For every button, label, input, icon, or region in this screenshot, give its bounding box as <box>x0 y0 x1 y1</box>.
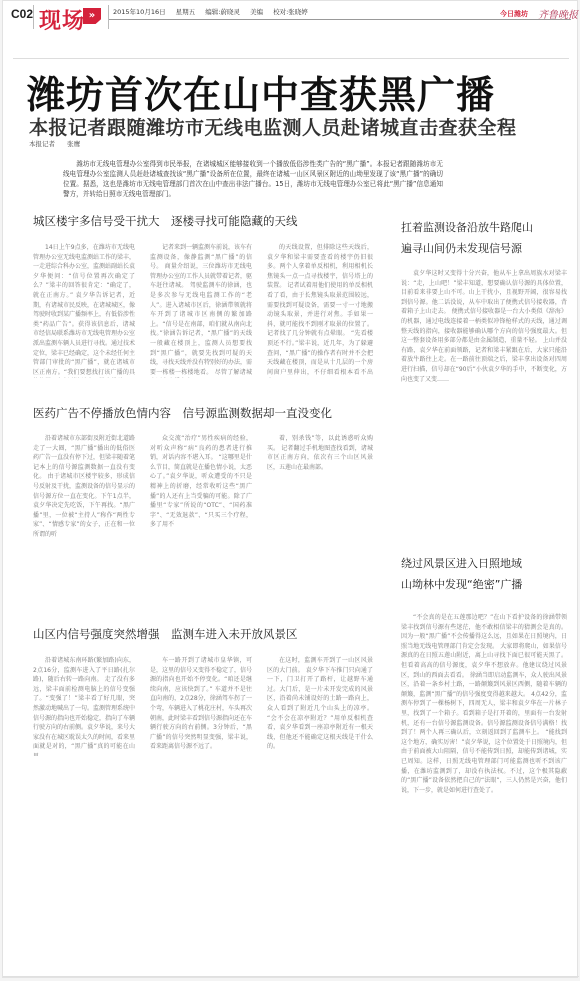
section-title: 医药广告不停播放色情内容 信号源监测数据却一直没变化 <box>33 405 332 421</box>
subheadline: 本报记者跟随潍坊市无线电监测人员赴诸城直击查获全程 <box>29 113 517 140</box>
divider <box>3 976 579 977</box>
column-text: “不会真的是在五莲那边吧？”在山下看护设备的徐涵带领梁丰找到信号源有些迷茫，他不… <box>401 613 567 795</box>
proofreader-credit: 校对:张晓婷 <box>273 8 308 16</box>
sidebar-title-line: 山坳林中发现“绝密”广播 <box>401 574 522 595</box>
byline-label: 本报记者 <box>29 140 55 148</box>
headline: 潍坊首次在山中查获黑广播 <box>27 64 495 119</box>
section-name: 现场 <box>39 4 85 35</box>
text-column: 沿着诸城东南环路(繁加路)向东，2点16分，监测车进入了平日路(扎尔路)，随后右… <box>33 656 135 756</box>
divider <box>108 5 109 29</box>
text-column: 在这时，监测车开到了一山区风景区的大门前。 袁夕华下车推门只向通了一下，门卫打开… <box>267 656 373 756</box>
sidebar-title: 绕过风景区进入日照地域 山坳林中发现“绝密”广播 <box>401 553 522 595</box>
column-tag: 今日潍坊 <box>500 9 528 19</box>
column-text: 车一路开到了诸城市皇华镇，可是，这里的信号又变得不稳定了，信号源的指向也开始不停… <box>150 656 252 752</box>
page-number: C02 <box>11 7 33 21</box>
column-text: 沿着诸城市东部街及附近街北道路走了一大圈，“黑广播”播出的低俗医药广告一直没有停… <box>33 434 135 540</box>
byline: 本报记者 张鹰 <box>29 139 90 148</box>
column-text: 沿着诸城东南环路(繁加路)向东，2点16分，监测车进入了平日路(扎尔路)，随后右… <box>33 656 135 756</box>
column-text: 记者来到一辆监测车前说，该车有监测设备，像静监测“黑广播”的信号。 商量介绍说，… <box>150 243 252 378</box>
column-text: 众交流“治疗”男性疾病的经验，对听众声称“病”良药的患者进行推销，对话内容不堪入… <box>150 434 252 530</box>
column-text: 在这时，监测车开到了一山区风景区的大门前。 袁夕华下车推门只向通了一下，门卫打开… <box>267 656 373 752</box>
issue-weekday: 星期五 <box>176 8 196 16</box>
newspaper-page: C02 现场 » 2015年10月16日 星期五 编辑:蔚晓灵 美编 校对:张晓… <box>2 0 578 978</box>
text-column: 的天线设置，但排除这些天线后，袁夕华和梁丰需要查看的楼宇仍旧很多。两个人拿着单反… <box>267 243 373 378</box>
sidebar-title-line: 扛着监测设备沿放牛路爬山 <box>401 217 533 238</box>
section-title: 山区内信号强度突然增强 监测车进入未开放风景区 <box>33 626 298 642</box>
sidebar-title: 扛着监测设备沿放牛路爬山 遍寻山间仍未发现信号源 <box>401 217 533 259</box>
double-arrow-icon: » <box>83 8 101 24</box>
section-title: 城区楼宇多信号受干扰大 逐楼寻找可能隐藏的天线 <box>33 213 298 229</box>
header-rule <box>109 19 571 20</box>
text-column: 车一路开到了诸城市皇华镇，可是，这里的信号又变得不稳定了，信号源的指向也开始不停… <box>150 656 252 756</box>
text-column: 众交流“治疗”男性疾病的经验，对听众声称“病”良药的患者进行推销，对话内容不堪入… <box>150 434 252 602</box>
text-column: 记者来到一辆监测车前说，该车有监测设备，像静监测“黑广播”的信号。 商量介绍说，… <box>150 243 252 378</box>
text-column: 着，别杀钱”等，以此诱惑听众购买。 记者翻过手机地图查找看到，诸城市区正南方向，… <box>267 434 373 602</box>
editor-credit: 编辑:蔚晓灵 <box>205 8 240 16</box>
text-column: 沿着诸城市东部街及附近街北道路走了一大圈，“黑广播”播出的低俗医药广告一直没有停… <box>33 434 135 602</box>
divider <box>13 58 569 59</box>
issue-date: 2015年10月16日 <box>113 8 166 16</box>
byline-name: 张鹰 <box>67 140 80 148</box>
divider <box>33 5 34 29</box>
text-column: 14日上午9点多，在潍坊市无线电管理办公室无线电监测站工作的梁丰，一走进综合科办… <box>33 243 135 378</box>
sidebar-title-line: 绕过风景区进入日照地域 <box>401 553 522 574</box>
page-meta: 2015年10月16日 星期五 编辑:蔚晓灵 美编 校对:张晓婷 <box>113 7 316 16</box>
column-text: 袁夕华这时又变得十分兴奋，他从车上拿出周族水对梁丰说：“走，上山吧！”梁丰知道，… <box>401 269 567 384</box>
column-text: 的天线设置，但排除这些天线后，袁夕华和梁丰需要查看的楼宇仍旧很多。两个人拿着单反… <box>267 243 373 378</box>
sidebar-text: 袁夕华这时又变得十分兴奋，他从车上拿出周族水对梁丰说：“走，上山吧！”梁丰知道，… <box>401 269 567 524</box>
art-credit: 美编 <box>250 8 263 16</box>
sidebar-title-line: 遍寻山间仍未发现信号源 <box>401 238 533 259</box>
column-text: 14日上午9点多，在潍坊市无线电管理办公室无线电监测站工作的梁丰，一走进综合科办… <box>33 243 135 378</box>
column-text: 着，别杀钱”等，以此诱惑听众购买。 记者翻过手机地图查找看到，诸城市区正南方向，… <box>267 434 373 472</box>
paper-logo: 齐鲁晚报 <box>538 6 578 21</box>
lead-paragraph: 潍坊市无线电管理办公室得到市民举报，在诸城城区能够接收到一个播放低俗涉性类广告的… <box>63 159 443 199</box>
masthead: C02 现场 » 2015年10月16日 星期五 编辑:蔚晓灵 美编 校对:张晓… <box>3 1 579 31</box>
sidebar-text: “不会真的是在五莲那边吧？”在山下看护设备的徐涵带领梁丰找到信号源有些迷茫，他不… <box>401 613 567 963</box>
